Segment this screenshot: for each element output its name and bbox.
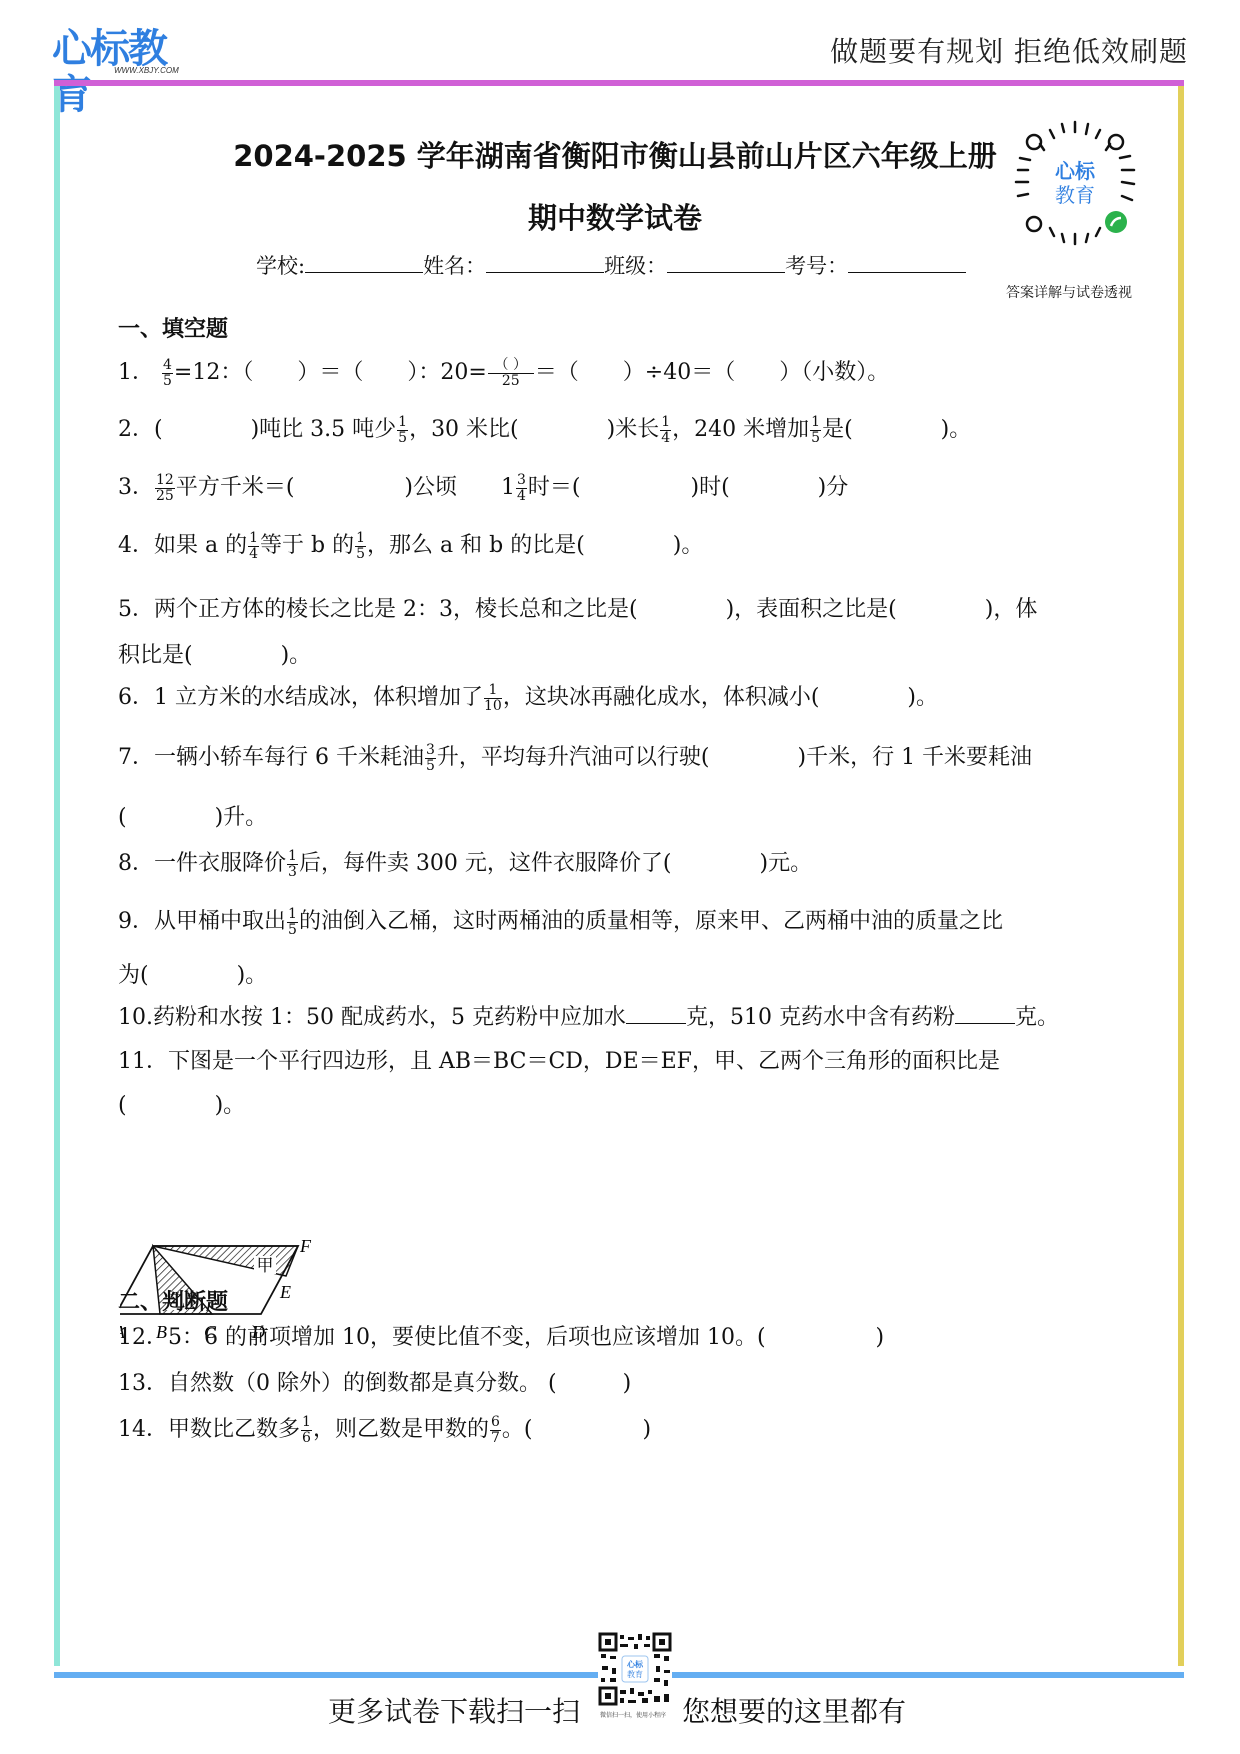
question-13: 13．自然数（0 除外）的倒数都是真分数。 ( ) bbox=[118, 1366, 631, 1397]
question-text: 5：6 的前项增加 10，要使比值不变，后项也应该增加 10。( ) bbox=[168, 1325, 884, 1350]
question-3: 3．1225平方千米＝( )公顷 134时＝( )时( )分 bbox=[118, 470, 848, 504]
question-number: 2． bbox=[118, 417, 154, 442]
fraction: （ ）25 bbox=[488, 358, 534, 389]
frame-left-border bbox=[54, 86, 60, 1666]
logo-url: WWW.XBJY.COM bbox=[114, 66, 179, 75]
numerator: 12 bbox=[155, 473, 175, 489]
fraction: 14 bbox=[248, 531, 259, 562]
denominator: 5 bbox=[810, 431, 821, 446]
class-field[interactable] bbox=[667, 254, 785, 273]
question-9-line2: 为( )。 bbox=[118, 958, 267, 989]
fraction: 15 bbox=[287, 907, 298, 938]
question-text: ，30 米比( )米长 bbox=[409, 417, 659, 442]
numerator: 3 bbox=[516, 473, 527, 489]
question-number: 12． bbox=[118, 1325, 168, 1350]
question-7: 7．一辆小轿车每行 6 千米耗油35升，平均每升汽油可以行驶( )千米，行 1 … bbox=[118, 740, 1032, 774]
question-number: 3． bbox=[118, 475, 154, 500]
svg-text:心标: 心标 bbox=[1055, 159, 1096, 183]
download-qr-code-icon[interactable]: 心标 教育 bbox=[598, 1632, 672, 1706]
fraction: 15 bbox=[355, 531, 366, 562]
question-text: 两个正方体的棱长之比是 2：3，棱长总和之比是( )，表面积之比是( )，体 bbox=[154, 597, 1037, 622]
class-label: 班级： bbox=[604, 254, 667, 278]
question-number: 1． bbox=[118, 360, 154, 385]
label-jia: 甲 bbox=[257, 1256, 274, 1276]
question-number: 6． bbox=[118, 685, 154, 710]
question-number: 8． bbox=[118, 851, 154, 876]
fraction: 34 bbox=[516, 473, 527, 504]
school-field[interactable] bbox=[305, 254, 423, 273]
numerator: 1 bbox=[810, 415, 821, 431]
question-text: 一件衣服降价 bbox=[154, 851, 286, 876]
question-text: 。( ) bbox=[502, 1417, 651, 1442]
numerator: 3 bbox=[425, 743, 436, 759]
question-text: ，240 米增加 bbox=[672, 417, 809, 442]
question-text: ，那么 a 和 b 的比是( )。 bbox=[367, 533, 703, 558]
question-2: 2．( )吨比 3.5 吨少15，30 米比( )米长14，240 米增加15是… bbox=[118, 412, 971, 446]
name-label: 姓名： bbox=[423, 254, 486, 278]
answer-blank[interactable] bbox=[955, 1005, 1015, 1024]
question-7-line2: ( )升。 bbox=[118, 800, 267, 831]
question-text: ＝（ ）÷40＝（ ）（小数）。 bbox=[535, 360, 889, 385]
fraction: 15 bbox=[810, 415, 821, 446]
question-text: 从甲桶中取出 bbox=[154, 909, 286, 934]
fraction: 15 bbox=[397, 415, 408, 446]
question-text: 升，平均每升汽油可以行驶( )千米，行 1 千米要耗油 bbox=[437, 745, 1032, 770]
denominator: 4 bbox=[516, 489, 527, 504]
denominator: 6 bbox=[301, 1431, 312, 1446]
svg-text:F: F bbox=[299, 1236, 312, 1256]
denominator: 4 bbox=[248, 547, 259, 562]
numerator: 1 bbox=[287, 907, 298, 923]
numerator: （ ） bbox=[488, 358, 534, 374]
question-number: 14． bbox=[118, 1417, 168, 1442]
numerator: 1 bbox=[248, 531, 259, 547]
svg-text:教育: 教育 bbox=[1055, 183, 1095, 207]
answer-blank[interactable] bbox=[626, 1005, 686, 1024]
question-14: 14．甲数比乙数多16，则乙数是甲数的67。( ) bbox=[118, 1412, 651, 1446]
fraction: 110 bbox=[484, 683, 502, 714]
student-info-row: 学校:姓名：班级：考号： bbox=[256, 250, 966, 280]
numerator: 1 bbox=[287, 849, 298, 865]
fraction: 16 bbox=[301, 1415, 312, 1446]
denominator: 5 bbox=[425, 759, 436, 774]
exam-title-line1: 2024-2025 学年湖南省衡阳市衡山县前山片区六年级上册 bbox=[150, 134, 1080, 175]
fraction: 1225 bbox=[155, 473, 175, 504]
qr-bottom-caption: 微信扫一扫，使用小程序 bbox=[600, 1710, 666, 1719]
frame-bottom-border-right bbox=[600, 1672, 1184, 1678]
question-10: 10.药粉和水按 1：50 配成药水，5 克药粉中应加水克，510 克药水中含有… bbox=[118, 1000, 1059, 1031]
qr-caption: 答案详解与试卷透视 bbox=[1006, 282, 1132, 302]
fraction: 45 bbox=[162, 358, 173, 389]
denominator: 5 bbox=[162, 374, 173, 389]
question-12: 12．5：6 的前项增加 10，要使比值不变，后项也应该增加 10。( ) bbox=[118, 1320, 884, 1351]
name-field[interactable] bbox=[486, 254, 604, 273]
mini-program-qr-icon[interactable]: 心标 教育 bbox=[1010, 118, 1140, 248]
fraction: 35 bbox=[425, 743, 436, 774]
frame-bottom-border bbox=[54, 1672, 598, 1678]
question-text: 1 立方米的水结成冰，体积增加了 bbox=[154, 685, 483, 710]
denominator: 3 bbox=[287, 865, 298, 880]
question-text: 是( )。 bbox=[822, 417, 971, 442]
question-text: =12：（ ）＝（ ）：20= bbox=[174, 360, 487, 385]
denominator: 7 bbox=[490, 1431, 501, 1446]
denominator: 5 bbox=[355, 547, 366, 562]
svg-text:E: E bbox=[279, 1282, 291, 1302]
question-text: 药粉和水按 1：50 配成药水，5 克药粉中应加水 bbox=[153, 1005, 626, 1030]
numerator: 4 bbox=[162, 358, 173, 374]
question-text: 甲数比乙数多 bbox=[168, 1417, 300, 1442]
question-11-line2: ( )。 bbox=[118, 1088, 245, 1119]
frame-right-border bbox=[1178, 86, 1184, 1666]
question-text: 平方千米＝( )公顷 1 bbox=[176, 475, 515, 500]
question-text: ( )吨比 3.5 吨少 bbox=[154, 417, 396, 442]
exam-no-field[interactable] bbox=[848, 254, 966, 273]
question-number: 4． bbox=[118, 533, 154, 558]
exam-title-line2: 期中数学试卷 bbox=[150, 196, 1080, 237]
frame-top-border bbox=[54, 80, 1184, 86]
question-number: 10. bbox=[118, 1005, 153, 1030]
numerator: 1 bbox=[355, 531, 366, 547]
svg-text:心标: 心标 bbox=[626, 1659, 644, 1669]
question-text: 等于 b 的 bbox=[260, 533, 354, 558]
school-label: 学校: bbox=[256, 254, 305, 278]
denominator: 25 bbox=[488, 374, 534, 389]
question-text: 自然数（0 除外）的倒数都是真分数。 ( ) bbox=[168, 1371, 631, 1396]
brand-logo: 心标教育 WWW.XBJY.COM bbox=[52, 26, 192, 78]
question-text: ，则乙数是甲数的 bbox=[313, 1417, 489, 1442]
section-title-true-false: 二、判断题 bbox=[118, 1285, 228, 1316]
denominator: 5 bbox=[397, 431, 408, 446]
question-1: 1． 45=12：（ ）＝（ ）：20=（ ）25＝（ ）÷40＝（ ）（小数）… bbox=[118, 355, 889, 389]
question-text: 的油倒入乙桶，这时两桶油的质量相等，原来甲、乙两桶中油的质量之比 bbox=[299, 909, 1003, 934]
question-number: 5． bbox=[118, 597, 154, 622]
denominator: 4 bbox=[660, 431, 671, 446]
question-number: 7． bbox=[118, 745, 154, 770]
question-4: 4．如果 a 的14等于 b 的15，那么 a 和 b 的比是( )。 bbox=[118, 528, 703, 562]
question-number: 13． bbox=[118, 1371, 168, 1396]
question-number: 9． bbox=[118, 909, 154, 934]
question-text: 下图是一个平行四边形，且 AB＝BC＝CD，DE＝EF，甲、乙两个三角形的面积比… bbox=[168, 1049, 1000, 1074]
fraction: 14 bbox=[660, 415, 671, 446]
footer-left-text: 更多试卷下载扫一扫 bbox=[328, 1690, 580, 1730]
exam-no-label: 考号： bbox=[785, 254, 848, 278]
footer-right-text: 您想要的这里都有 bbox=[682, 1690, 906, 1730]
denominator: 5 bbox=[287, 923, 298, 938]
numerator: 1 bbox=[484, 683, 502, 699]
section-title-fill-blank: 一、填空题 bbox=[118, 312, 228, 343]
question-text: 一辆小轿车每行 6 千米耗油 bbox=[154, 745, 424, 770]
question-text: 时＝( )时( )分 bbox=[528, 475, 848, 500]
question-5-line2: 积比是( )。 bbox=[118, 638, 311, 669]
numerator: 1 bbox=[397, 415, 408, 431]
svg-text:教育: 教育 bbox=[627, 1669, 643, 1679]
question-text: 如果 a 的 bbox=[154, 533, 247, 558]
question-text: 后，每件卖 300 元，这件衣服降价了( )元。 bbox=[299, 851, 812, 876]
question-11: 11．下图是一个平行四边形，且 AB＝BC＝CD，DE＝EF，甲、乙两个三角形的… bbox=[118, 1044, 1000, 1075]
question-9: 9．从甲桶中取出15的油倒入乙桶，这时两桶油的质量相等，原来甲、乙两桶中油的质量… bbox=[118, 904, 1003, 938]
fraction: 13 bbox=[287, 849, 298, 880]
question-text: ，这块冰再融化成水，体积减小( )。 bbox=[503, 685, 938, 710]
question-number: 11． bbox=[118, 1049, 168, 1074]
question-5: 5．两个正方体的棱长之比是 2：3，棱长总和之比是( )，表面积之比是( )，体 bbox=[118, 592, 1037, 623]
question-6: 6．1 立方米的水结成冰，体积增加了110，这块冰再融化成水，体积减小( )。 bbox=[118, 680, 938, 714]
numerator: 6 bbox=[490, 1415, 501, 1431]
question-text: 克。 bbox=[1015, 1005, 1059, 1030]
numerator: 1 bbox=[660, 415, 671, 431]
numerator: 1 bbox=[301, 1415, 312, 1431]
denominator: 10 bbox=[484, 699, 502, 714]
denominator: 25 bbox=[155, 489, 175, 504]
header-slogan: 做题要有规划 拒绝低效刷题 bbox=[830, 30, 1188, 70]
question-8: 8．一件衣服降价13后，每件卖 300 元，这件衣服降价了( )元。 bbox=[118, 846, 812, 880]
fraction: 67 bbox=[490, 1415, 501, 1446]
question-text: 克，510 克药水中含有药粉 bbox=[686, 1005, 955, 1030]
